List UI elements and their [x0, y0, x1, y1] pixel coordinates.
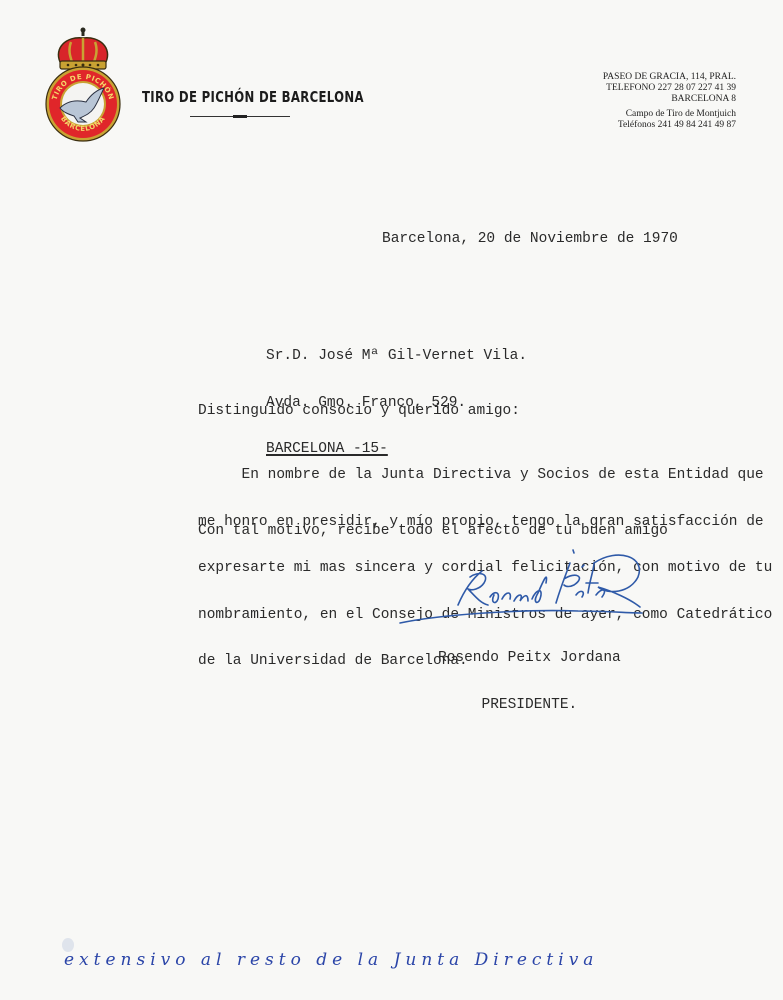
address-line: BARCELONA 8 — [603, 94, 736, 105]
field-line: Campo de Tiro de Montjuich — [603, 109, 736, 120]
handwritten-signature-icon — [398, 543, 648, 631]
organization-name: TIRO DE PICHÓN DE BARCELONA — [142, 88, 364, 106]
handwritten-note: extensivo al resto de la Junta Directiva — [64, 950, 598, 970]
date-line: Barcelona, 20 de Noviembre de 1970 — [382, 232, 678, 248]
closing-line: Con tal motivo, recibe todo el afecto de… — [198, 524, 668, 540]
letterhead-address: PASEO DE GRACIA, 114, PRAL. TELEFONO 227… — [603, 72, 736, 131]
signer-name: Rosendo Peitx Jordana — [438, 651, 621, 667]
royal-crown-pigeon-crest-icon: TIRO DE PICHÓN BARCELONA — [44, 26, 122, 144]
body-line: En nombre de la Junta Directiva y Socios… — [198, 468, 772, 484]
letter-page: TIRO DE PICHÓN BARCELONA TIRO DE PICHÓN … — [0, 0, 783, 1000]
field-line: Teléfonos 241 49 84 241 49 87 — [603, 120, 736, 131]
signer-block: Rosendo Peitx Jordana PRESIDENTE. — [438, 620, 621, 744]
salutation: Distinguido consocio y querido amigo: — [198, 404, 520, 420]
recipient-name: Sr.D. José Mª Gil-Vernet Vila. — [266, 349, 527, 365]
signer-title: PRESIDENTE. — [438, 698, 621, 714]
address-line: PASEO DE GRACIA, 114, PRAL. — [603, 72, 736, 83]
address-line: TELEFONO 227 28 07 227 41 39 — [603, 83, 736, 94]
org-name-rule-mark — [233, 115, 247, 118]
